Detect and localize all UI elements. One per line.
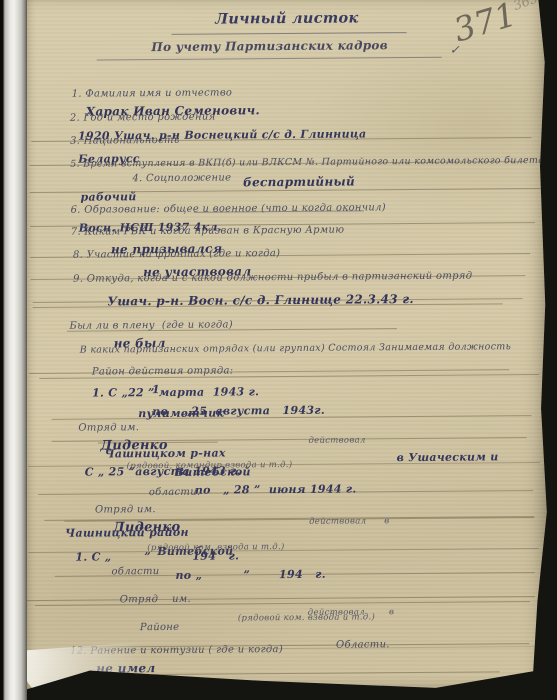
paper-sheet: 365 371 Личный листок По учету Партизанс…: [27, 0, 551, 692]
pen-flourish: ✓: [450, 43, 460, 59]
page-content: 365 371 Личный листок По учету Партизанс…: [24, 0, 553, 694]
doc-subtitle: По учету Партизанских кадров: [120, 38, 420, 56]
service2-from: С „ 25 ”августа 1943 г.: [85, 464, 241, 478]
form-row-wounds: 12. Ранение и контузии ( где и когда) не…: [29, 617, 450, 699]
title-underline: [172, 32, 407, 35]
doc-title: Личный листок: [169, 9, 404, 30]
wounds-value: не имел: [96, 661, 155, 675]
document-scan: 365 371 Личный листок По учету Партизанс…: [0, 0, 557, 700]
book-page-edge: [0, 0, 27, 700]
page-number-faint: 365: [512, 0, 541, 14]
